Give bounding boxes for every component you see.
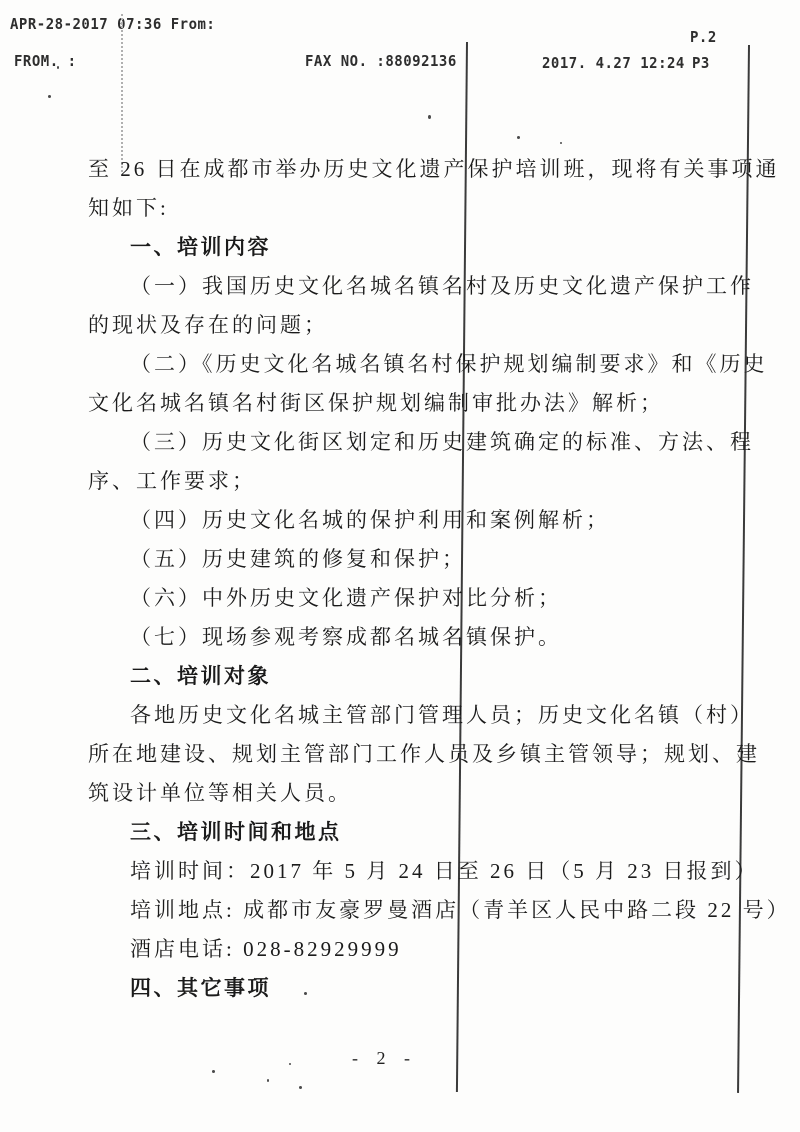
document-line: 一、培训内容 [88, 228, 722, 267]
dotted-fold-mark [121, 14, 123, 172]
scan-speck [299, 1086, 302, 1089]
document-line: 筑设计单位等相关人员。 [88, 774, 722, 813]
scan-speck [48, 95, 51, 98]
document-line: 二、培训对象 [88, 657, 722, 696]
document-line: 所在地建设、规划主管部门工作人员及乡镇主管领导；规划、建 [88, 735, 722, 774]
scan-speck [145, 484, 148, 486]
scan-speck [304, 992, 307, 995]
document-line: 各地历史文化名城主管部门管理人员；历史文化名镇（村） [88, 696, 722, 735]
document-line: 知如下: [88, 189, 722, 228]
scan-speck [428, 115, 431, 119]
document-line: 序、工作要求； [88, 462, 722, 501]
document-line: 培训时间：2017 年 5 月 24 日至 26 日（5 月 23 日报到） [88, 852, 722, 891]
document-line: （五）历史建筑的修复和保护； [88, 540, 722, 579]
document-line: 三、培训时间和地点 [88, 813, 722, 852]
scan-speck [57, 66, 59, 69]
vertical-crease-line-right [737, 45, 750, 1093]
document-line: （六）中外历史文化遗产保护对比分析； [88, 579, 722, 618]
fax-page-indicator: P3 [692, 56, 710, 73]
fax-number: FAX NO. :88092136 [305, 54, 457, 71]
fax-sent-timestamp: APR-28-2017 07:36 From: [10, 17, 215, 34]
scan-speck [560, 142, 562, 144]
fax-page-indicator-top: P.2 [690, 30, 717, 47]
document-line: 酒店电话: 028-82929999 [88, 930, 722, 969]
document-line: 至 26 日在成都市举办历史文化遗产保护培训班，现将有关事项通 [88, 150, 722, 189]
fax-page: APR-28-2017 07:36 From: P.2 FROM. : FAX … [0, 0, 800, 1132]
scan-speck [517, 136, 520, 139]
fax-datetime: 2017. 4.27 12:24 [542, 56, 685, 73]
document-line: 培训地点: 成都市友豪罗曼酒店（青羊区人民中路二段 22 号） [88, 891, 722, 930]
scan-speck [212, 1070, 215, 1073]
document-body: 至 26 日在成都市举办历史文化遗产保护培训班，现将有关事项通知如下:一、培训内… [88, 150, 722, 1008]
document-line: （二）《历史文化名城名镇名村保护规划编制要求》和《历史 [88, 345, 722, 384]
scan-speck [289, 1063, 291, 1065]
scan-speck [267, 1079, 269, 1082]
page-number: - 2 - [352, 1048, 417, 1069]
document-line: 四、其它事项 [88, 969, 722, 1008]
document-line: （三）历史文化街区划定和历史建筑确定的标准、方法、程 [88, 423, 722, 462]
document-line: （四）历史文化名城的保护利用和案例解析； [88, 501, 722, 540]
fax-from-label: FROM. : [14, 54, 77, 71]
document-line: 的现状及存在的问题； [88, 306, 722, 345]
document-line: （一）我国历史文化名城名镇名村及历史文化遗产保护工作 [88, 267, 722, 306]
document-line: （七）现场参观考察成都名城名镇保护。 [88, 618, 722, 657]
document-line: 文化名城名镇名村街区保护规划编制审批办法》解析； [88, 384, 722, 423]
